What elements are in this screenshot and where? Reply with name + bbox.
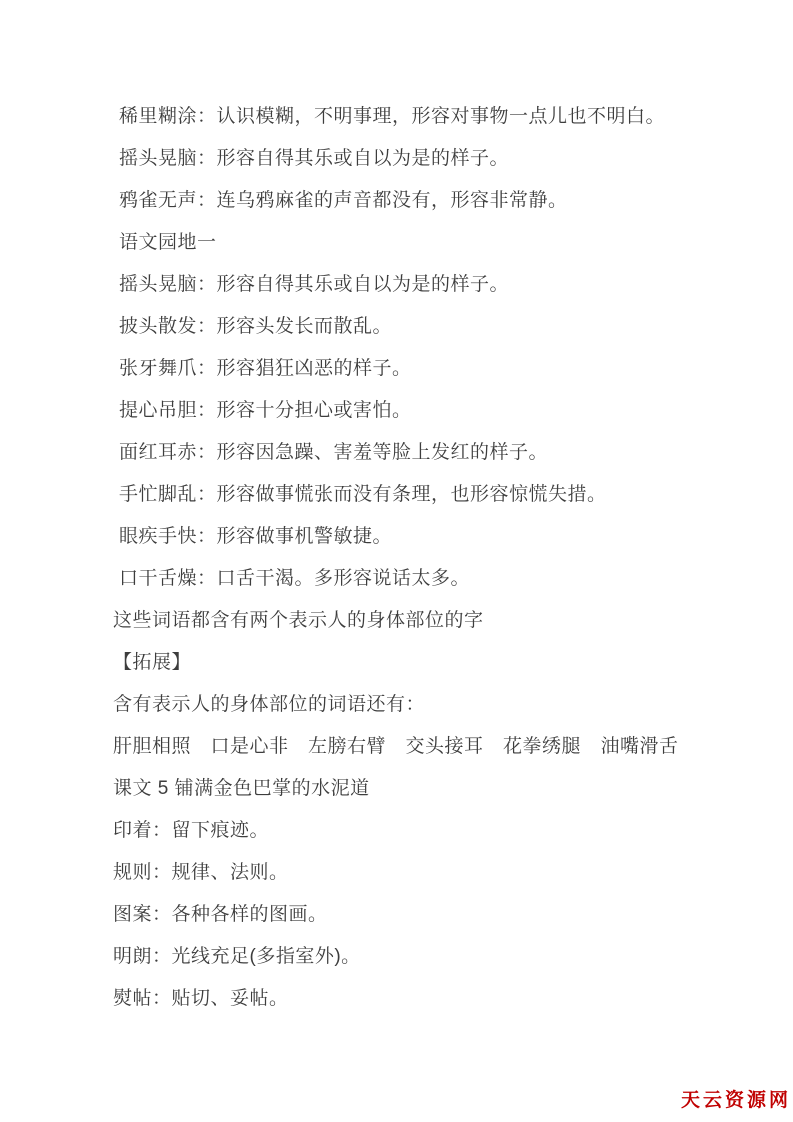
definition-line: 手忙脚乱：形容做事慌张而没有条理，也形容惊慌失措。 — [113, 474, 753, 516]
definition-line: 稀里糊涂：认识模糊，不明事理，形容对事物一点儿也不明白。 — [113, 96, 753, 138]
definition-line: 鸦雀无声：连乌鸦麻雀的声音都没有，形容非常静。 — [113, 180, 753, 222]
expansion-intro-line: 含有表示人的身体部位的词语还有： — [113, 684, 753, 726]
definition-line: 规则：规律、法则。 — [113, 852, 753, 894]
definition-line: 面红耳赤：形容因急躁、害羞等脸上发红的样子。 — [113, 432, 753, 474]
definition-line: 提心吊胆：形容十分担心或害怕。 — [113, 390, 753, 432]
idiom-list-line: 肝胆相照 口是心非 左膀右臂 交头接耳 花拳绣腿 油嘴滑舌 — [113, 726, 753, 768]
definition-line: 熨帖：贴切、妥帖。 — [113, 978, 753, 1020]
definition-line: 张牙舞爪：形容猖狂凶恶的样子。 — [113, 348, 753, 390]
document-content: 稀里糊涂：认识模糊，不明事理，形容对事物一点儿也不明白。 摇头晃脑：形容自得其乐… — [113, 96, 753, 1020]
definition-line: 明朗：光线充足(多指室外)。 — [113, 936, 753, 978]
definition-line: 口干舌燥：口舌干渴。多形容说话太多。 — [113, 558, 753, 600]
lesson-heading: 课文 5 铺满金色巴掌的水泥道 — [113, 768, 753, 810]
definition-line: 印着：留下痕迹。 — [113, 810, 753, 852]
definition-line: 图案：各种各样的图画。 — [113, 894, 753, 936]
expansion-heading: 【拓展】 — [113, 642, 753, 684]
definition-line: 摇头晃脑：形容自得其乐或自以为是的样子。 — [113, 264, 753, 306]
definition-line: 披头散发：形容头发长而散乱。 — [113, 306, 753, 348]
definition-line: 摇头晃脑：形容自得其乐或自以为是的样子。 — [113, 138, 753, 180]
section-heading: 语文园地一 — [113, 222, 753, 264]
summary-line: 这些词语都含有两个表示人的身体部位的字 — [113, 600, 753, 642]
document-page: 稀里糊涂：认识模糊，不明事理，形容对事物一点儿也不明白。 摇头晃脑：形容自得其乐… — [0, 0, 793, 1122]
watermark: 天云资源网 — [681, 1085, 791, 1112]
definition-line: 眼疾手快：形容做事机警敏捷。 — [113, 516, 753, 558]
